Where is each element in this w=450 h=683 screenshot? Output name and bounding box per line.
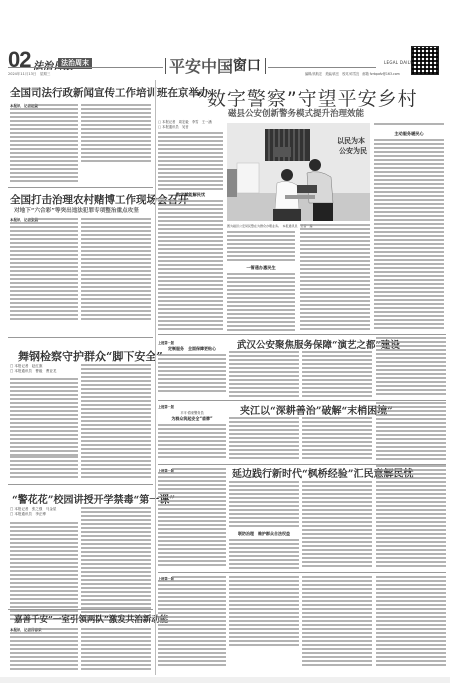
body-text xyxy=(376,402,446,462)
article-byline: □ 本报通讯员 李正博 xyxy=(10,512,46,517)
body-text xyxy=(302,417,372,461)
body-text xyxy=(158,472,226,568)
masthead-rule-right xyxy=(268,67,376,68)
police-photo-illustration: 以民为本 公安为民 xyxy=(227,123,370,221)
body-text xyxy=(10,456,78,480)
body-text xyxy=(374,139,444,331)
article-title: 夹江以“深耕善治”破解“末梢困境” xyxy=(240,402,393,417)
body-text xyxy=(158,200,223,330)
body-text xyxy=(229,576,299,646)
body-text xyxy=(10,522,78,622)
body-text xyxy=(158,424,226,460)
body-text xyxy=(229,539,299,569)
feature-subhead: 数字赋能解民忧 xyxy=(158,192,223,198)
side-subhead: 平平·将来警务员 xyxy=(158,410,226,415)
body-text xyxy=(229,481,299,529)
body-text xyxy=(229,351,299,397)
body-text xyxy=(10,108,78,184)
feature-subhead: 一管通办惠民生 xyxy=(227,265,295,271)
feature-subtitle: 磁县公安创新警务模式提升治理效能 xyxy=(228,107,364,119)
body-text xyxy=(10,222,78,322)
qr-code-icon xyxy=(411,46,439,75)
masthead-divider xyxy=(165,58,166,74)
feature-photo: 以民为本 公安为民 xyxy=(227,123,370,221)
body-text xyxy=(158,354,226,394)
article-subhead: 联防治理 维护群众合法权益 xyxy=(229,531,299,537)
body-text xyxy=(158,580,226,668)
body-text xyxy=(10,632,78,670)
body-text xyxy=(302,576,372,668)
svg-text:以民为本: 以民为本 xyxy=(337,136,365,145)
article-byline: □ 本报通讯员 曹毅 曹亚龙 xyxy=(10,369,56,374)
body-text xyxy=(302,351,372,397)
side-subhead: 定制服务 全面保障更贴心 xyxy=(158,346,226,352)
masthead-divider-2 xyxy=(265,58,266,74)
editors-line: 编辑/高航宏 美编/高岳 校对/邓雪宜 邮箱 fzrbpafz@163.com xyxy=(305,71,400,76)
feature-byline: □ 本报通讯员 吴晋 xyxy=(158,125,189,130)
article-title: 舞钢检察守护群众“脚下安全” xyxy=(18,348,163,364)
section-name: 平安中国 xyxy=(169,59,233,75)
legal-daily-label: LEGAL DAILY xyxy=(384,60,412,65)
body-text xyxy=(376,465,446,569)
body-text xyxy=(376,576,446,668)
body-text xyxy=(229,417,299,461)
body-text xyxy=(81,456,151,480)
continued-tag: 上接第一版 xyxy=(158,340,174,345)
side-subhead: 为群众筑起安全“盾牌” xyxy=(158,416,226,422)
section-sub: ·窗口 xyxy=(228,58,261,74)
article-divider xyxy=(8,187,153,188)
feature-subhead: 主动服务暖民心 xyxy=(374,131,444,137)
page-bottom-edge xyxy=(0,677,450,683)
article-title: “警花花”校园讲授开学禁毒“第一课” xyxy=(12,491,175,506)
article-subtitle: 对地下“六合彩”等突出违法犯罪专项整治重点攻坚 xyxy=(14,206,139,214)
section-divider xyxy=(158,572,446,573)
body-text xyxy=(227,231,295,261)
article-divider xyxy=(8,337,153,338)
body-text xyxy=(158,132,223,190)
body-text xyxy=(376,337,446,397)
article-divider xyxy=(8,609,153,610)
body-text xyxy=(81,364,151,456)
body-text xyxy=(10,378,78,456)
svg-text:公安为民: 公安为民 xyxy=(338,146,367,155)
body-text xyxy=(374,123,444,127)
date-line: 2024年11月13日 星期三 xyxy=(8,72,50,77)
article-title: 全国司法行政新闻宣传工作培训班在京举办 xyxy=(10,85,210,100)
newspaper-page: 02 法治日报 法治周末 2024年11月13日 星期三 平安中国 ·窗口 LE… xyxy=(0,0,450,683)
article-divider xyxy=(8,484,153,485)
section-divider xyxy=(158,400,446,401)
column-divider xyxy=(155,80,156,675)
body-text xyxy=(300,224,370,331)
body-text xyxy=(81,104,151,164)
section-divider xyxy=(158,334,446,335)
body-text xyxy=(81,218,151,322)
body-text xyxy=(302,481,372,569)
body-text xyxy=(227,273,295,331)
body-text xyxy=(81,628,151,670)
page-number: 02 xyxy=(8,49,30,71)
article-title: 嘉善千安”一室引领两队”激发共治新动能 xyxy=(14,613,168,625)
continued-tag: 上接第一版 xyxy=(158,404,174,409)
body-text xyxy=(81,507,151,622)
masthead-rule-left xyxy=(8,67,163,68)
